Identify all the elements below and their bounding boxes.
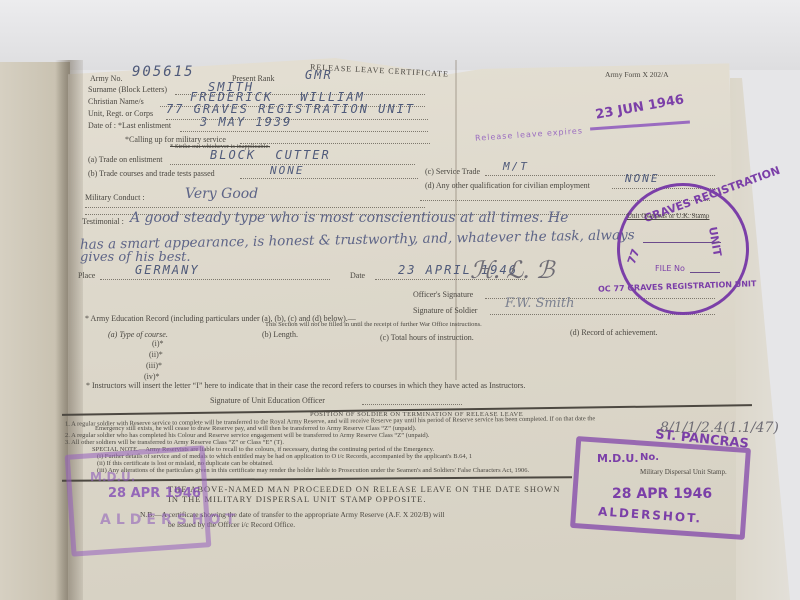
trade-courses-value: NONE [270, 164, 305, 177]
education-row-i: (i)* [152, 339, 164, 348]
left-stamp-date: 28 APR 1946 [108, 486, 201, 501]
trade-courses-line [240, 178, 418, 179]
instructor-note: * Instructors will insert the letter “I”… [86, 381, 525, 390]
education-row-iv: (iv)* [144, 372, 160, 381]
left-stamp-mdu: M.D.U. [90, 470, 135, 484]
right-stamp-mdu: M.D.U. [597, 452, 639, 465]
date-of-label: Date of : [88, 121, 116, 130]
last-enlistment-value: 3 MAY 1939 [200, 115, 292, 129]
pencil-annotation: 8/1/1/2.4(1.1/47) [660, 420, 779, 436]
position-item-3: 3. All other soldiers will be transferre… [65, 439, 284, 446]
place-value: GERMANY [135, 263, 200, 277]
education-col-c: (c) Total hours of instruction. [380, 333, 474, 342]
unit-value: 77 GRAVES REGISTRATION UNIT [166, 102, 415, 116]
surname-label: Surname (Block Letters) [88, 85, 167, 94]
left-stamp-place: ALDERSHOT [100, 512, 240, 528]
education-row-ii: (ii)* [149, 350, 163, 359]
testimonial-line-1: A good steady type who is most conscient… [130, 210, 568, 226]
unit-label: Unit, Regt. or Corps [88, 109, 153, 118]
right-stamp-date: 28 APR 1946 [612, 486, 712, 502]
army-no-label: Army No. [90, 74, 122, 83]
st-pancras-no: No. [640, 452, 659, 463]
present-rank-value: GMR [305, 68, 333, 82]
education-col-b: (b) Length. [262, 330, 298, 339]
soldier-signature-label: Signature of Soldier [413, 306, 477, 315]
proceeded-line-1: THE ABOVE-NAMED MAN PROCEEDED ON RELEASE… [168, 484, 560, 494]
last-enlistment-line [180, 131, 428, 132]
place-label: Place [78, 271, 95, 280]
service-trade-label: (c) Service Trade [425, 167, 480, 176]
other-qual-label: (d) Any other qualification for civilian… [425, 181, 590, 190]
background-wall [0, 0, 800, 70]
soldier-signature: F.W. Smith [505, 296, 574, 311]
circle-stamp-line [643, 242, 721, 243]
circle-stamp-file-label: FILE No [655, 264, 685, 273]
education-col-a: (a) Type of course. [108, 330, 168, 339]
file-no-line [690, 272, 720, 273]
officer-signature-label: Officer's Signature [413, 290, 473, 299]
position-item-2: 2. A regular soldier who has completed h… [65, 432, 429, 439]
left-dispersal-box-stamp [65, 445, 212, 557]
last-enlistment-label: *Last enlistment [118, 121, 171, 130]
military-conduct-label: Military Conduct : [85, 193, 145, 202]
christian-names-label: Christian Name/s [88, 97, 144, 106]
position-item-1b: Emergency still exists, he will cease to… [95, 425, 416, 432]
trade-enlistment-value: BLOCK CUTTER [210, 148, 331, 162]
other-qual-value: NONE [625, 172, 660, 185]
education-subnote: This Section will not be filled in until… [265, 321, 482, 328]
trade-enlistment-label: (a) Trade on enlistment [88, 155, 162, 164]
officer-signature: ℋ. ℒ. ℬ [470, 256, 553, 284]
place-line [100, 279, 330, 280]
service-trade-line [485, 175, 715, 176]
military-conduct-value: Very Good [185, 186, 258, 202]
army-no-value: 905615 [132, 64, 195, 80]
conduct-line [85, 207, 425, 208]
education-officer-line [362, 404, 462, 405]
trade-courses-label: (b) Trade courses and trade tests passed [88, 169, 215, 178]
form-number: Army Form X 202/A [605, 70, 669, 79]
education-officer-label: Signature of Unit Education Officer [210, 396, 325, 405]
unit-stamp-label: Unit Overseas or U.K. Stamp [627, 212, 709, 220]
education-col-d: (d) Record of achievement. [570, 328, 658, 337]
education-row-iii: (iii)* [146, 361, 162, 370]
date-label: Date [350, 271, 365, 280]
service-trade-value: M/T [503, 160, 529, 173]
testimonial-label: Testimonial : [82, 217, 124, 226]
